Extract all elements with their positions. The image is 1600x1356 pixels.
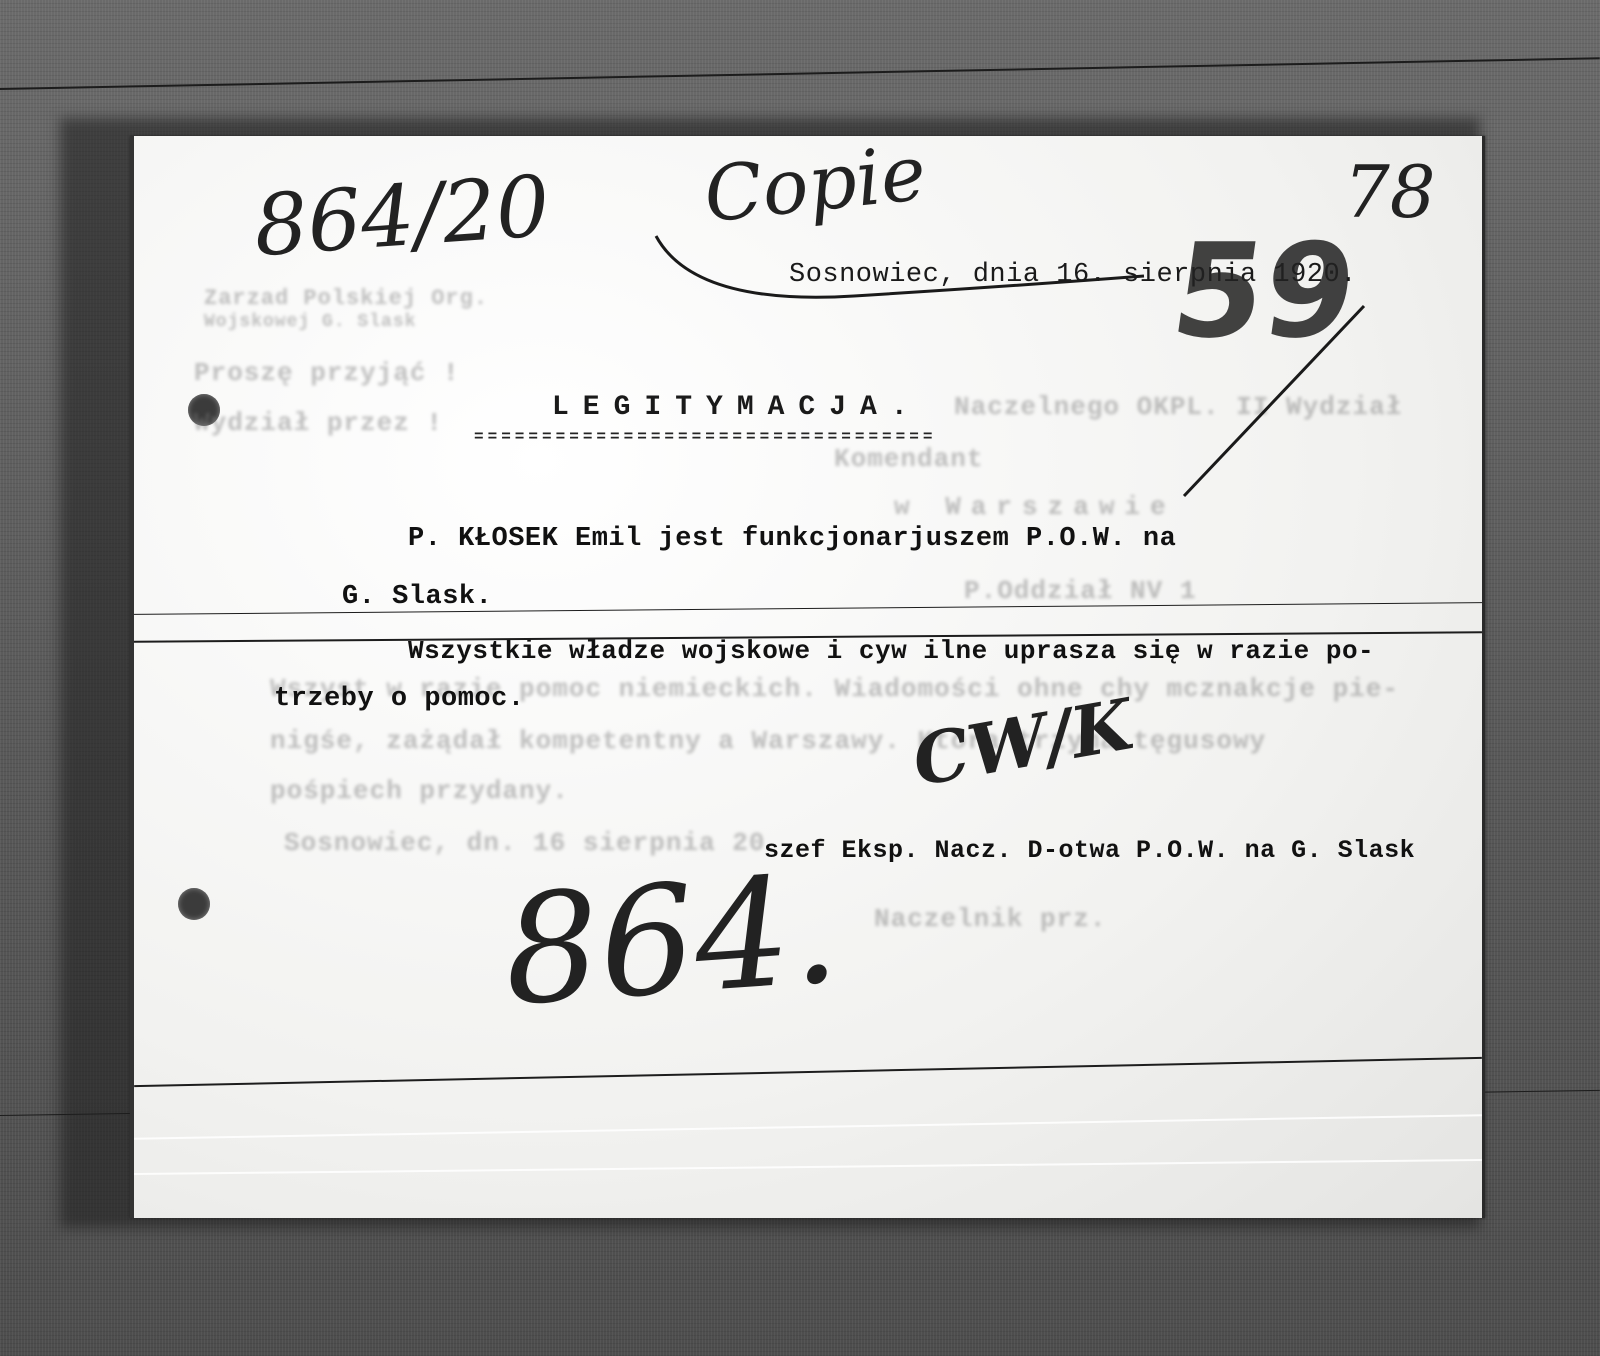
document-card: Zarzad Polskiej Org. Wojskowej G. Slask …	[130, 136, 1485, 1218]
scan-line	[0, 57, 1600, 90]
pen-strokes	[134, 136, 1482, 1218]
